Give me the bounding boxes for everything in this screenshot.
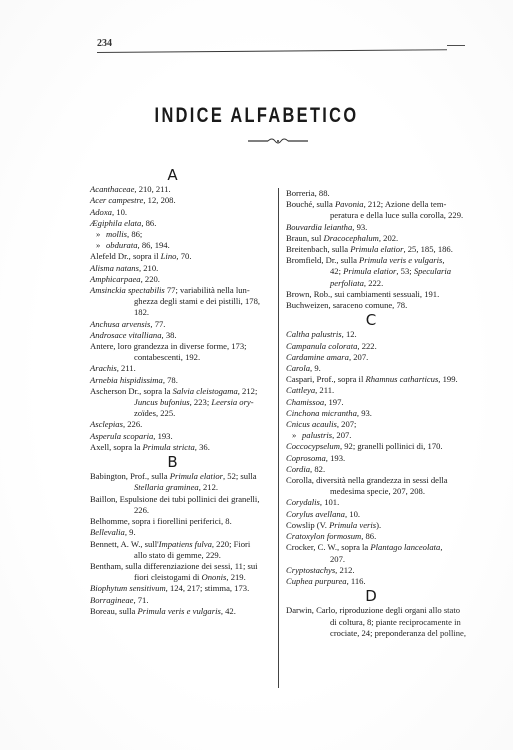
entry-term: Primula veris e vulgaris: [138, 606, 221, 616]
entry-term: Primula elatior: [343, 266, 396, 276]
index-entry: Caltha palustris, 12.: [286, 329, 456, 340]
index-entry: Cowslip (V. Primula veris).: [286, 520, 456, 531]
entry-prefix: Boreau, sulla: [90, 606, 138, 616]
index-entry: Arachis, 211.: [90, 363, 255, 374]
section-letter-c: C: [286, 315, 456, 326]
entry-text: , 197.: [324, 397, 343, 407]
entry-term: Specularia: [414, 266, 451, 276]
entry-term: Cratoxylon formosum: [286, 531, 361, 541]
entry-prefix: Belhomme, sopra i fiorellini periferici,…: [90, 516, 232, 526]
entry-continuation: 207.: [286, 554, 456, 565]
index-entry: Cryptostachys, 212.: [286, 565, 456, 576]
entry-text: , 101.: [320, 497, 339, 507]
entry-term: Acanthaceae: [90, 184, 134, 194]
entry-term: Amsinckia spectabilis: [90, 285, 165, 295]
entry-text: ).: [376, 520, 381, 530]
entry-text: , 9.: [310, 363, 321, 373]
index-entry: Cattleya, 211.: [286, 385, 456, 396]
entry-term: Primula elatior: [170, 471, 223, 481]
index-entry: Cratoxylon formosum, 86.: [286, 531, 456, 542]
entry-term: Bellevalia: [90, 527, 125, 537]
entry-text: ,: [440, 542, 442, 552]
index-entry: Amphicarpaea, 220.: [90, 274, 255, 285]
index-entry: Cardamine amara, 207.: [286, 352, 456, 363]
index-entry: Asperula scoparia, 193.: [90, 431, 255, 442]
index-entry: Corydalis, 101.: [286, 497, 456, 508]
entry-text: , 25, 185, 186.: [403, 244, 452, 254]
entry-prefix: Axell, sopra la: [90, 442, 143, 452]
entry-text: , 86.: [361, 531, 376, 541]
entry-text: , 71.: [133, 595, 148, 605]
index-entry: »obdurata, 86, 194.: [90, 240, 255, 251]
entry-term: Cinchona micrantha: [286, 408, 357, 418]
index-entry: »mollis, 86;: [90, 229, 255, 240]
index-entry: »palustris, 207.: [286, 430, 456, 441]
index-entry: Brown, Rob., sui cambiamenti sessuali, 1…: [286, 289, 456, 300]
entry-term: Amphicarpaea: [90, 274, 141, 284]
entry-text: , 220; Fiori: [212, 539, 250, 549]
index-entry: Amsinckia spectabilis 77; variabilità ne…: [90, 285, 255, 296]
index-entry: Borreria, 88.: [286, 188, 456, 199]
entry-term: Plantago lanceolata: [370, 542, 440, 552]
entry-text: , 52; sulla: [223, 471, 257, 481]
index-entry: Coccocypselum, 92; granelli pollinici di…: [286, 441, 456, 452]
entry-text: , 124, 217; stimma, 173.: [166, 583, 250, 593]
entry-term: Androsace vitalliana: [90, 330, 162, 340]
index-entry: Anchusa arvensis, 77.: [90, 319, 255, 330]
entry-text: , 212.: [199, 482, 218, 492]
entry-prefix: Bromfield, Dr., sulla: [286, 255, 359, 265]
entry-text: , 70.: [176, 251, 191, 261]
entry-text: ,: [442, 255, 444, 265]
index-entry: Biophytum sensitivum, 124, 217; stimma, …: [90, 583, 255, 594]
entry-term: Cattleya: [286, 385, 315, 395]
entry-text: , 38.: [162, 330, 177, 340]
index-column-left: AAcanthaceae, 210, 211.Acer campestre, 1…: [90, 166, 255, 617]
index-entry: Borragineae, 71.: [90, 595, 255, 606]
entry-text: , 212; Azione della tem-: [364, 199, 447, 209]
entry-term: Asperula scoparia: [90, 431, 153, 441]
entry-text: , 210, 211.: [134, 184, 170, 194]
entry-text: , 116.: [347, 576, 366, 586]
header-rule-tail: [447, 45, 465, 46]
entry-text: , 226.: [123, 419, 142, 429]
index-entry: Babington, Prof., sulla Primula elatior,…: [90, 471, 255, 482]
entry-text: , 199.: [438, 374, 457, 384]
index-entry: Bellevalia, 9.: [90, 527, 255, 538]
entry-text: , 220.: [141, 274, 160, 284]
entry-term: Cnicus acaulis: [286, 419, 337, 429]
page-title: INDICE ALFABETICO: [56, 104, 456, 128]
entry-term: Salvia cleistogama: [173, 386, 238, 396]
entry-continuation: Juncus bufonius, 223; Leersia ory-: [90, 397, 255, 408]
index-entry: Buchweizen, saraceno comune, 78.: [286, 300, 456, 311]
entry-prefix: Bennett, A. W., sull': [90, 539, 159, 549]
index-entry: Bromfield, Dr., sulla Primula veris e vu…: [286, 255, 456, 266]
index-entry: Carola, 9.: [286, 363, 456, 374]
entry-text: , 92; granelli pollinici di, 170.: [340, 441, 443, 451]
index-entry: Caspari, Prof., sopra il Rhamnus cathart…: [286, 374, 456, 385]
entry-term: Ononis: [202, 572, 227, 582]
index-entry: Bennett, A. W., sull'Impatiens fulva, 22…: [90, 539, 255, 550]
entry-text: , 211.: [117, 363, 136, 373]
entry-term: Leersia ory-: [211, 397, 253, 407]
ornament-divider-icon: [248, 136, 308, 146]
header-rule: [97, 49, 447, 53]
entry-term: Adoxa: [90, 207, 112, 217]
entry-continuation: di coltura, 8; piante reciprocamente in: [286, 617, 456, 628]
entry-prefix: Crocker, C. W., sopra la: [286, 542, 370, 552]
entry-continuation: 182.: [90, 307, 255, 318]
entry-prefix: Buchweizen, saraceno comune, 78.: [286, 300, 407, 310]
entry-prefix: Bentham, sulla differenziazione dei sess…: [90, 561, 258, 571]
entry-text: , 86, 194.: [138, 240, 170, 250]
entry-term: perfoliata: [330, 278, 364, 288]
entry-prefix: Braun, sul: [286, 233, 323, 243]
entry-text: 42;: [330, 266, 343, 276]
index-entry: Darwin, Carlo, riproduzione degli organi…: [286, 605, 456, 616]
entry-continuation: 42; Primula elatior, 53; Specularia: [286, 266, 456, 277]
index-entry: Cuphea purpurea, 116.: [286, 576, 456, 587]
entry-term: Impatiens fulva: [159, 539, 212, 549]
entry-text: , 193.: [326, 453, 345, 463]
index-entry: Acer campestre, 12, 208.: [90, 195, 255, 206]
index-entry: Baillon, Espulsione dei tubi pollinici d…: [90, 494, 255, 505]
entry-continuation: perfoliata, 222.: [286, 278, 456, 289]
entry-term: Juncus bufonius: [134, 397, 190, 407]
entry-term: Lino: [161, 251, 177, 261]
entry-prefix: Breitenbach, sulla: [286, 244, 350, 254]
entry-text: , 211.: [315, 385, 334, 395]
entry-text: , 42.: [221, 606, 236, 616]
entry-term: Anchusa arvensis: [90, 319, 150, 329]
index-entry: Axell, sopra la Primula stricta, 36.: [90, 442, 255, 453]
section-letter-b: B: [90, 457, 255, 468]
index-entry: Belhomme, sopra i fiorellini periferici,…: [90, 516, 255, 527]
entry-text: , 93.: [357, 408, 372, 418]
entry-prefix: Alefeld Dr., sopra il: [90, 251, 161, 261]
index-entry: Crocker, C. W., sopra la Plantago lanceo…: [286, 542, 456, 553]
entry-term: Arnebia hispidissima: [90, 375, 163, 385]
entry-text: , 78.: [163, 375, 178, 385]
entry-text: , 53;: [396, 266, 413, 276]
entry-term: Primula veris: [329, 520, 376, 530]
entry-term: Primula veris e vulgaris: [359, 255, 442, 265]
entry-prefix: Brown, Rob., sui cambiamenti sessuali, 1…: [286, 289, 439, 299]
index-entry: Corylus avellana, 10.: [286, 509, 456, 520]
index-entry: Cordia, 82.: [286, 464, 456, 475]
entry-term: Corylus avellana: [286, 509, 345, 519]
entry-continuation: crociate, 24; preponderanza del polline,: [286, 628, 456, 639]
entry-prefix: Cowslip (V.: [286, 520, 329, 530]
entry-term: obdurata: [106, 240, 138, 250]
entry-prefix: Bouché, sulla: [286, 199, 335, 209]
entry-continuation: allo stato di gemme, 229.: [90, 550, 255, 561]
entry-prefix: Ascherson Dr., sopra la: [90, 386, 173, 396]
column-divider: [278, 188, 279, 688]
entry-term: Bouvardia leiantha: [286, 222, 352, 232]
entry-text: , 207.: [332, 430, 351, 440]
entry-term: Dracocephalum: [323, 233, 378, 243]
index-entry: Breitenbach, sulla Primula elatior, 25, …: [286, 244, 456, 255]
ditto-mark: »: [96, 229, 106, 240]
index-column-right: Borreria, 88.Bouché, sulla Pavonia, 212;…: [286, 188, 456, 639]
entry-term: Cryptostachys: [286, 565, 335, 575]
entry-term: Cordia: [286, 464, 310, 474]
entry-continuation: Stellaria graminea, 212.: [90, 482, 255, 493]
entry-term: palustris: [302, 430, 332, 440]
entry-term: Acer campestre: [90, 195, 143, 205]
entry-text: , 93.: [352, 222, 367, 232]
entry-prefix: Baillon, Espulsione dei tubi pollinici d…: [90, 494, 259, 504]
entry-term: Biophytum sensitivum: [90, 583, 166, 593]
entry-term: Ægiphila elata: [90, 218, 141, 228]
entry-term: Primula elatior: [350, 244, 403, 254]
index-entry: Androsace vitalliana, 38.: [90, 330, 255, 341]
entry-text: , 10.: [345, 509, 360, 519]
index-entry: Bentham, sulla differenziazione dei sess…: [90, 561, 255, 572]
entry-term: mollis: [106, 229, 127, 239]
section-letter-d: D: [286, 591, 456, 602]
entry-term: Alisma natans: [90, 263, 139, 273]
entry-term: Coprosoma: [286, 453, 326, 463]
entry-text: , 223;: [190, 397, 212, 407]
ditto-mark: »: [96, 240, 106, 251]
ditto-mark: »: [292, 430, 302, 441]
entry-term: Stellaria graminea: [134, 482, 199, 492]
index-entry: Ascherson Dr., sopra la Salvia cleistoga…: [90, 386, 255, 397]
index-entry: Alisma natans, 210.: [90, 263, 255, 274]
index-entry: Cinchona micrantha, 93.: [286, 408, 456, 419]
entry-prefix: Antere, loro grandezza in diverse forme,…: [90, 341, 247, 351]
entry-text: , 212;: [238, 386, 258, 396]
entry-text: , 82.: [310, 464, 325, 474]
index-entry: Ægiphila elata, 86.: [90, 218, 255, 229]
entry-term: Pavonia: [335, 199, 364, 209]
index-entry: Boreau, sulla Primula veris e vulgaris, …: [90, 606, 255, 617]
entry-text: , 222.: [357, 341, 376, 351]
entry-continuation: contabescenti, 192.: [90, 352, 255, 363]
index-entry: Bouché, sulla Pavonia, 212; Azione della…: [286, 199, 456, 210]
entry-term: Arachis: [90, 363, 117, 373]
entry-text: , 86;: [127, 229, 142, 239]
entry-prefix: Borreria, 88.: [286, 188, 330, 198]
index-entry: Arnebia hispidissima, 78.: [90, 375, 255, 386]
entry-text: fiori cleistogami di: [134, 572, 202, 582]
entry-prefix: Babington, Prof., sulla: [90, 471, 170, 481]
index-entry: Asclepias, 226.: [90, 419, 255, 430]
entry-prefix: Corolla, diversità nella grandezza in se…: [286, 475, 448, 485]
entry-prefix: Darwin, Carlo, riproduzione degli organi…: [286, 605, 460, 615]
entry-text: , 36.: [195, 442, 210, 452]
entry-term: Cuphea purpurea: [286, 576, 347, 586]
index-entry: Chamissoa, 197.: [286, 397, 456, 408]
entry-text: , 9.: [125, 527, 136, 537]
entry-term: Chamissoa: [286, 397, 324, 407]
entry-text: , 86.: [141, 218, 156, 228]
entry-term: Rhamnus catharticus: [365, 374, 438, 384]
entry-text: , 12, 208.: [143, 195, 175, 205]
entry-term: Cardamine amara: [286, 352, 349, 362]
entry-text: , 219.: [226, 572, 245, 582]
entry-text: , 207.: [349, 352, 368, 362]
index-entry: Bouvardia leiantha, 93.: [286, 222, 456, 233]
entry-term: Borragineae: [90, 595, 133, 605]
index-entry: Adoxa, 10.: [90, 207, 255, 218]
entry-text: , 193.: [153, 431, 172, 441]
index-entry: Corolla, diversità nella grandezza in se…: [286, 475, 456, 486]
entry-continuation: medesima specie, 207, 208.: [286, 486, 456, 497]
entry-text: , 212.: [335, 565, 354, 575]
index-entry: Coprosoma, 193.: [286, 453, 456, 464]
entry-term: Campanula colorata: [286, 341, 357, 351]
entry-text: 77; variabilità nella lun-: [165, 285, 250, 295]
entry-text: , 222.: [364, 278, 383, 288]
entry-term: Corydalis: [286, 497, 320, 507]
entry-term: Coccocypselum: [286, 441, 340, 451]
entry-text: , 202.: [379, 233, 398, 243]
index-entry: Antere, loro grandezza in diverse forme,…: [90, 341, 255, 352]
index-entry: Campanula colorata, 222.: [286, 341, 456, 352]
entry-continuation: fiori cleistogami di Ononis, 219.: [90, 572, 255, 583]
entry-text: , 207;: [337, 419, 357, 429]
entry-term: Caltha palustris: [286, 329, 342, 339]
entry-continuation: ghezza degli stami e dei pistilli, 178,: [90, 296, 255, 307]
entry-continuation: peratura e della luce sulla corolla, 229…: [286, 210, 456, 221]
entry-text: , 12.: [342, 329, 357, 339]
entry-continuation: 226.: [90, 505, 255, 516]
entry-continuation: zoïdes, 225.: [90, 408, 255, 419]
entry-term: Carola: [286, 363, 310, 373]
entry-text: , 210.: [139, 263, 158, 273]
entry-term: Primula stricta: [143, 442, 195, 452]
entry-prefix: Caspari, Prof., sopra il: [286, 374, 365, 384]
entry-text: , 10.: [112, 207, 127, 217]
entry-term: Asclepias: [90, 419, 123, 429]
index-entry: Cnicus acaulis, 207;: [286, 419, 456, 430]
index-entry: Acanthaceae, 210, 211.: [90, 184, 255, 195]
index-entry: Alefeld Dr., sopra il Lino, 70.: [90, 251, 255, 262]
entry-text: , 77.: [150, 319, 165, 329]
section-letter-a: A: [90, 170, 255, 181]
index-entry: Braun, sul Dracocephalum, 202.: [286, 233, 456, 244]
page-number: 234: [97, 38, 112, 49]
